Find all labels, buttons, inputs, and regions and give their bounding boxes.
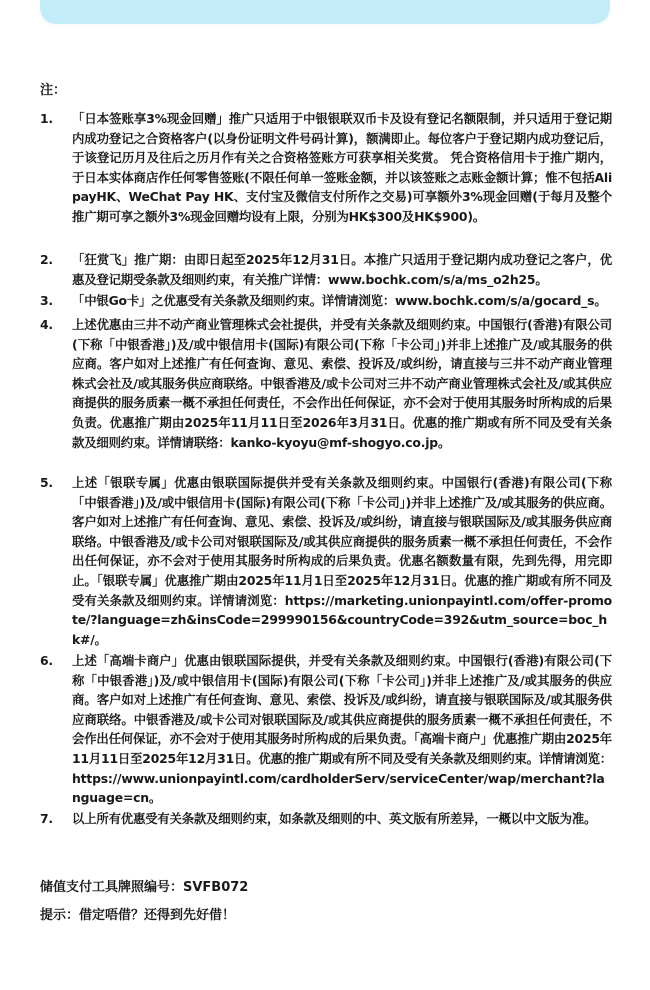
note-number: 7. [40, 809, 64, 829]
top-banner-card [40, 0, 610, 24]
note-text: 「日本签账享3%现金回赠」推广只适用于中银银联双币卡及设有登记名额限制，并只适用… [72, 111, 612, 224]
note-text: 上述优惠由三井不动产商业管理株式会社提供，并受有关条款及细则约束。中国银行(香港… [72, 317, 612, 450]
note-item-5: 5. 上述「银联专属」优惠由银联国际提供并受有关条款及细则约束。中国银行(香港)… [40, 473, 612, 651]
note-number: 6. [40, 651, 64, 671]
lending-reminder: 提示：借定唔借？还得到先好借！ [40, 906, 235, 925]
license-number: 储值支付工具牌照编号：SVFB072 [40, 878, 248, 897]
note-text: 上述「高端卡商户」优惠由银联国际提供，并受有关条款及细则约束。中国银行(香港)有… [72, 653, 612, 805]
note-text: 「中银Go卡」之优惠受有关条款及细则约束。详情请浏览：www.bochk.com… [72, 293, 607, 308]
note-number: 5. [40, 473, 64, 493]
note-text: 「狂赏飞」推广期：由即日起至2025年12月31日。本推广只适用于登记期内成功登… [72, 252, 612, 287]
note-item-4: 4. 上述优惠由三井不动产商业管理株式会社提供，并受有关条款及细则约束。中国银行… [40, 315, 612, 473]
notes-list: 1. 「日本签账享3%现金回赠」推广只适用于中银银联双币卡及设有登记名额限制，并… [40, 109, 612, 849]
note-number: 3. [40, 291, 64, 311]
note-item-6: 6. 上述「高端卡商户」优惠由银联国际提供，并受有关条款及细则约束。中国银行(香… [40, 651, 612, 809]
note-number: 4. [40, 315, 64, 335]
note-item-7: 7. 以上所有优惠受有关条款及细则约束，如条款及细则的中、英文版有所差异，一概以… [40, 809, 612, 849]
note-text: 以上所有优惠受有关条款及细则约束，如条款及细则的中、英文版有所差异，一概以中文版… [72, 811, 596, 826]
note-text: 上述「银联专属」优惠由银联国际提供并受有关条款及细则约束。中国银行(香港)有限公… [72, 475, 612, 647]
note-item-3: 3. 「中银Go卡」之优惠受有关条款及细则约束。详情请浏览：www.bochk.… [40, 291, 612, 315]
notes-heading: 注： [40, 81, 66, 100]
note-item-1: 1. 「日本签账享3%现金回赠」推广只适用于中银银联双币卡及设有登记名额限制，并… [40, 109, 612, 250]
note-number: 2. [40, 250, 64, 270]
note-number: 1. [40, 109, 64, 129]
note-item-2: 2. 「狂赏飞」推广期：由即日起至2025年12月31日。本推广只适用于登记期内… [40, 250, 612, 291]
